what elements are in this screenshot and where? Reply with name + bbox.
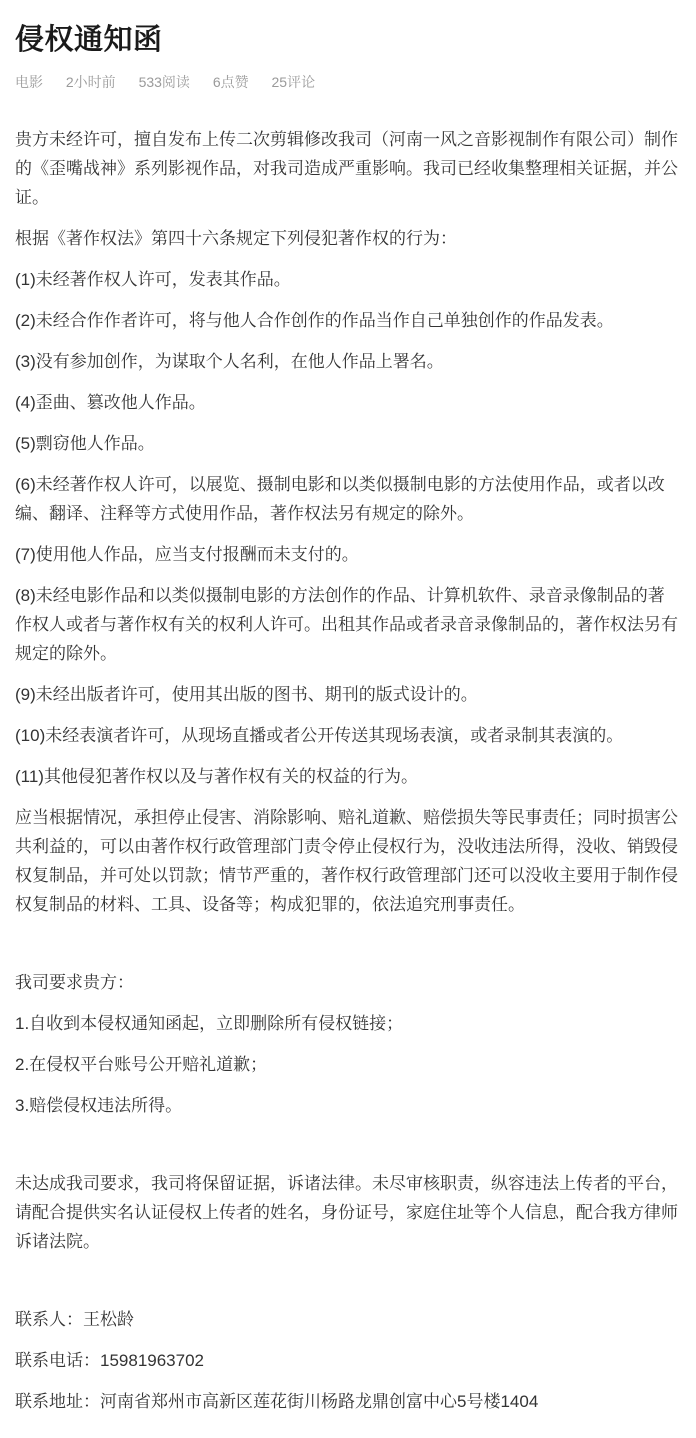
blank-line	[15, 1132, 681, 1157]
article-page: 侵权通知函 电影 2小时前 533阅读 6点赞 25评论 贵方未经许可，擅自发布…	[0, 0, 696, 1438]
law-item-4: (4)歪曲、篡改他人作品。	[15, 388, 681, 417]
law-intro-paragraph: 根据《著作权法》第四十六条规定下列侵犯著作权的行为：	[15, 224, 681, 253]
meta-category[interactable]: 电影	[15, 74, 43, 90]
contact-address-line: 联系地址：河南省郑州市高新区莲花街川杨路龙鼎创富中心5号楼1404	[15, 1387, 681, 1416]
law-item-11: (11)其他侵犯著作权以及与著作权有关的权益的行为。	[15, 762, 681, 791]
intro-paragraph: 贵方未经许可，擅自发布上传二次剪辑修改我司（河南一风之音影视制作有限公司）制作的…	[15, 125, 681, 212]
law-item-3: (3)没有参加创作，为谋取个人名利，在他人作品上署名。	[15, 347, 681, 376]
law-item-8: (8)未经电影作品和以类似摄制电影的方法创作的作品、计算机软件、录音录像制品的著…	[15, 581, 681, 668]
meta-read-count: 533阅读	[139, 74, 190, 90]
meta-publish-time: 2小时前	[66, 74, 116, 90]
law-item-9: (9)未经出版者许可，使用其出版的图书、期刊的版式设计的。	[15, 680, 681, 709]
law-item-5: (5)剽窃他人作品。	[15, 429, 681, 458]
meta-like-count: 6点赞	[213, 74, 249, 90]
blank-line	[15, 931, 681, 956]
contact-person-line: 联系人：王松龄	[15, 1305, 681, 1334]
demands-intro-paragraph: 我司要求贵方：	[15, 968, 681, 997]
article-meta: 电影 2小时前 533阅读 6点赞 25评论	[15, 72, 681, 92]
article-body: 贵方未经许可，擅自发布上传二次剪辑修改我司（河南一风之音影视制作有限公司）制作的…	[15, 125, 681, 1416]
demand-item-3: 3.赔偿侵权违法所得。	[15, 1091, 681, 1120]
law-item-10: (10)未经表演者许可，从现场直播或者公开传送其现场表演，或者录制其表演的。	[15, 721, 681, 750]
demand-item-2: 2.在侵权平台账号公开赔礼道歉；	[15, 1050, 681, 1079]
liability-paragraph: 应当根据情况，承担停止侵害、消除影响、赔礼道歉、赔偿损失等民事责任；同时损害公共…	[15, 803, 681, 919]
demand-item-1: 1.自收到本侵权通知函起，立即删除所有侵权链接；	[15, 1009, 681, 1038]
law-item-2: (2)未经合作作者许可，将与他人合作创作的作品当作自己单独创作的作品发表。	[15, 306, 681, 335]
contact-phone-line: 联系电话：15981963702	[15, 1346, 681, 1375]
blank-line	[15, 1268, 681, 1293]
law-item-6: (6)未经著作权人许可，以展览、摄制电影和以类似摄制电影的方法使用作品，或者以改…	[15, 470, 681, 528]
law-item-7: (7)使用他人作品，应当支付报酬而未支付的。	[15, 540, 681, 569]
law-item-1: (1)未经著作权人许可，发表其作品。	[15, 265, 681, 294]
meta-comment-count: 25评论	[272, 74, 316, 90]
page-title: 侵权通知函	[15, 22, 681, 58]
warning-paragraph: 未达成我司要求，我司将保留证据，诉诸法律。未尽审核职责，纵容违法上传者的平台，请…	[15, 1169, 681, 1256]
